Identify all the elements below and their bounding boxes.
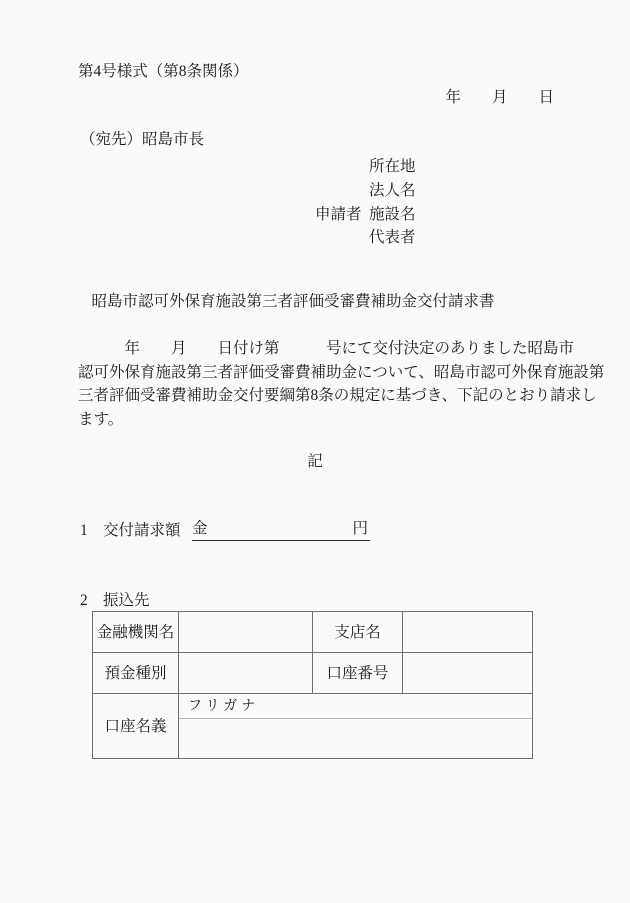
applicant-field-representative: 代表者 xyxy=(369,229,416,246)
deposit-type-cell xyxy=(179,653,313,694)
furigana-row: フリガナ xyxy=(179,694,532,719)
amount-blank-field: 金 円 xyxy=(192,520,370,541)
bank-name-label: 金融機関名 xyxy=(93,612,179,653)
furigana-label: フリガナ xyxy=(188,698,259,715)
account-holder-name-cell xyxy=(179,719,532,758)
amount-suffix-label: 円 xyxy=(352,520,368,537)
branch-name-cell xyxy=(403,612,533,653)
section-2-label: 振込先 xyxy=(103,592,150,609)
addressee-label: （宛先）昭島市長 xyxy=(80,131,204,148)
document-page: 第4号様式（第8条関係） 年 月 日 （宛先）昭島市長 申請者 所在地 法人名 … xyxy=(0,0,630,903)
applicant-role-label: 申請者 xyxy=(315,206,362,223)
amount-prefix-label: 金 xyxy=(192,520,208,537)
body-line: 認可外保育施設第三者評価受審費補助金について、昭島市認可外保育施設第 xyxy=(78,364,558,381)
bank-name-cell xyxy=(179,612,313,653)
table-row: 口座名義 フリガナ xyxy=(93,694,533,759)
section-1-label: 交付請求額 xyxy=(103,522,181,539)
applicant-field-address: 所在地 xyxy=(369,158,416,175)
table-row: 金融機関名 支店名 xyxy=(93,612,533,653)
deposit-type-label: 預金種別 xyxy=(93,653,179,694)
account-holder-label: 口座名義 xyxy=(93,694,179,759)
account-holder-cell-group: フリガナ xyxy=(179,694,533,759)
applicant-field-facility-name: 施設名 xyxy=(369,206,416,223)
body-line: 年 月 日付け第 号にて交付決定のありました昭島市 xyxy=(78,340,558,357)
body-line: 三者評価受審費補助金交付要綱第8条の規定に基づき、下記のとおり請求し xyxy=(78,387,558,404)
account-number-label: 口座番号 xyxy=(313,653,403,694)
ki-marker: 記 xyxy=(0,453,630,470)
account-number-cell xyxy=(403,653,533,694)
body-line: ます。 xyxy=(78,411,558,428)
table-row: 預金種別 口座番号 xyxy=(93,653,533,694)
section-1-number: 1 xyxy=(80,522,88,539)
section-2-number: 2 xyxy=(80,592,88,609)
page-title: 昭島市認可外保育施設第三者評価受審費補助金交付請求書 xyxy=(0,293,586,310)
applicant-field-corporation-name: 法人名 xyxy=(369,182,416,199)
form-number-label: 第4号様式（第8条関係） xyxy=(78,63,249,80)
branch-name-label: 支店名 xyxy=(313,612,403,653)
transfer-details-table: 金融機関名 支店名 預金種別 口座番号 口座名義 フリガナ xyxy=(92,611,533,759)
date-line: 年 月 日 xyxy=(445,89,554,106)
